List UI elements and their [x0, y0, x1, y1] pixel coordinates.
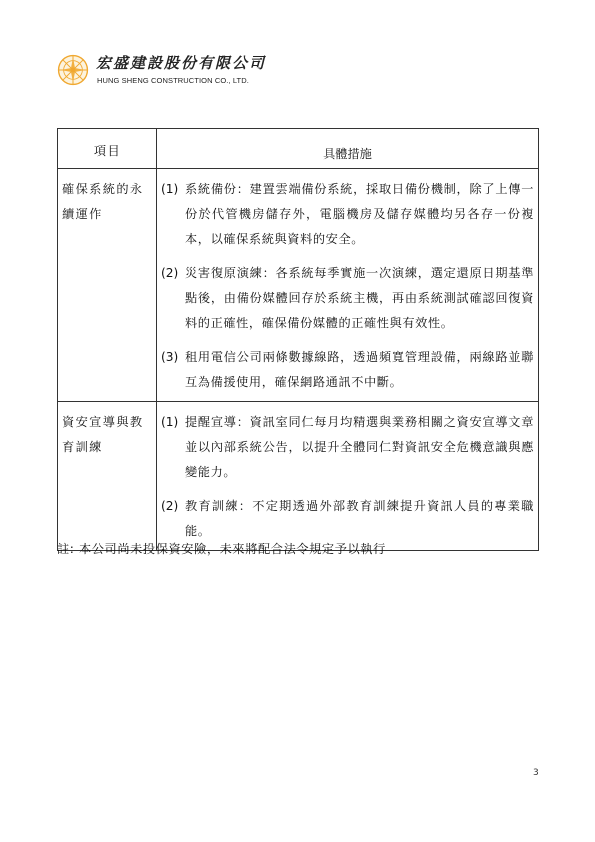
measure-item: (2) 災害復原演練：各系統每季實施一次演練，選定還原日期基準點後，由備份媒體回… [161, 261, 534, 336]
measures-cell: (1) 提醒宣導：資訊室同仁每月均精選與業務相關之資安宣導文章並以內部系統公告，… [157, 402, 539, 551]
measure-number: (1) [161, 410, 185, 485]
company-name-zh: 宏盛建設股份有限公司 [96, 52, 266, 73]
table-row: 資安宣導與教育訓練 (1) 提醒宣導：資訊室同仁每月均精選與業務相關之資安宣導文… [58, 402, 539, 551]
footnote: 註: 本公司尚未投保資安險，未來將配合法令規定予以執行 [57, 540, 386, 557]
measure-item: (1) 系統備份：建置雲端備份系統，採取日備份機制，除了上傳一份於代管機房儲存外… [161, 177, 534, 252]
measure-text: 教育訓練：不定期透過外部教育訓練提升資訊人員的專業職能。 [185, 494, 534, 544]
measure-text: 提醒宣導：資訊室同仁每月均精選與業務相關之資安宣導文章並以內部系統公告，以提升全… [185, 410, 534, 485]
measure-item: (3) 租用電信公司兩條數據線路，透過頻寬管理設備，兩線路並聯互為備援使用，確保… [161, 345, 534, 395]
table-header-row: 項目 具體措施 [58, 129, 539, 169]
table-row: 確保系統的永續運作 (1) 系統備份：建置雲端備份系統，採取日備份機制，除了上傳… [58, 169, 539, 402]
measure-text: 租用電信公司兩條數據線路，透過頻寬管理設備，兩線路並聯互為備援使用，確保網路通訊… [185, 345, 534, 395]
measure-item: (1) 提醒宣導：資訊室同仁每月均精選與業務相關之資安宣導文章並以內部系統公告，… [161, 410, 534, 485]
measure-number: (3) [161, 345, 185, 395]
company-name-en: HUNG SHENG CONSTRUCTION CO., LTD. [97, 76, 249, 85]
letterhead: 宏盛建設股份有限公司 HUNG SHENG CONSTRUCTION CO., … [56, 50, 316, 90]
measure-number: (1) [161, 177, 185, 252]
page-number: 3 [533, 768, 539, 778]
measure-item: (2) 教育訓練：不定期透過外部教育訓練提升資訊人員的專業職能。 [161, 494, 534, 544]
measure-number: (2) [161, 494, 185, 544]
measure-number: (2) [161, 261, 185, 336]
measures-cell: (1) 系統備份：建置雲端備份系統，採取日備份機制，除了上傳一份於代管機房儲存外… [157, 169, 539, 402]
item-cell: 資安宣導與教育訓練 [58, 402, 157, 551]
measure-text: 災害復原演練：各系統每季實施一次演練，選定還原日期基準點後，由備份媒體回存於系統… [185, 261, 534, 336]
measure-text: 系統備份：建置雲端備份系統，採取日備份機制，除了上傳一份於代管機房儲存外，電腦機… [185, 177, 534, 252]
column-header-item: 項目 [58, 129, 157, 169]
security-measures-table: 項目 具體措施 確保系統的永續運作 (1) 系統備份：建置雲端備份系統，採取日備… [57, 128, 539, 551]
item-cell: 確保系統的永續運作 [58, 169, 157, 402]
column-header-measures: 具體措施 [157, 129, 539, 169]
compass-rose-logo-icon [56, 53, 90, 87]
